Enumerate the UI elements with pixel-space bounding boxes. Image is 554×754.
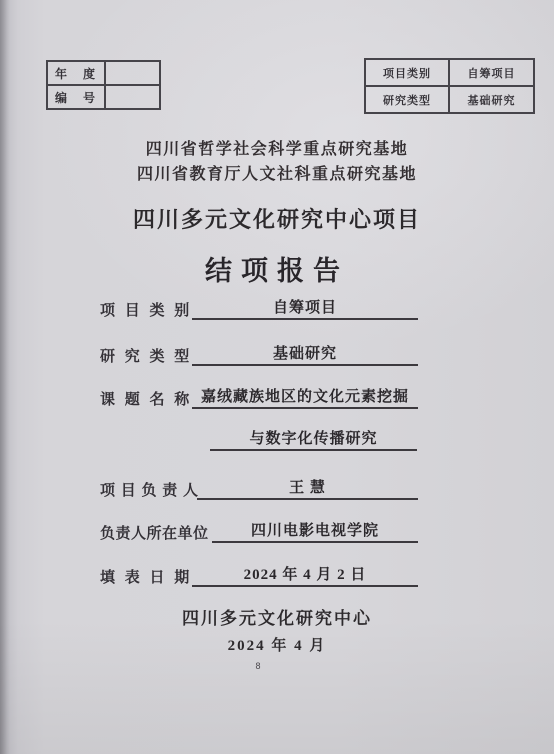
field-label: 填 表 日 期: [100, 566, 192, 587]
form-row-project-title: 课 题 名 称 嘉绒藏族地区的文化元素挖掘: [100, 385, 418, 409]
field-label: 项 目 负 责 人: [100, 479, 197, 500]
field-value-underlined: 四川电影电视学院: [212, 519, 418, 543]
form-row-research-type: 研 究 类 型 基础研究: [100, 342, 418, 366]
number-label-cell: 编 号: [47, 85, 105, 109]
year-label-cell: 年 度: [47, 61, 105, 85]
form-row-project-title-continued: 与数字化传播研究: [210, 427, 417, 451]
field-value-underlined: 2024 年 4 月 2 日: [192, 563, 418, 587]
institution-header-line1: 四川省哲学社会科学重点研究基地: [0, 136, 554, 159]
field-label: 项 目 类 别: [100, 299, 192, 320]
field-value-underlined: 嘉绒藏族地区的文化元素挖掘: [192, 385, 418, 409]
category-type-table: 项目类别 自筹项目 研究类型 基础研究: [364, 58, 535, 114]
table-row: 年 度: [47, 61, 160, 85]
number-value-cell: [105, 85, 160, 109]
footer-organization: 四川多元文化研究中心: [0, 604, 554, 629]
report-title: 结项报告: [0, 249, 554, 288]
table-row: 项目类别 自筹项目: [365, 59, 534, 86]
year-value-cell: [105, 61, 160, 85]
project-center-title: 四川多元文化研究中心项目: [0, 203, 554, 234]
field-value-underlined: 自筹项目: [192, 296, 418, 320]
field-value-underlined: 王 慧: [197, 476, 418, 500]
table-row: 编 号: [47, 85, 160, 109]
form-row-fill-date: 填 表 日 期 2024 年 4 月 2 日: [100, 563, 418, 587]
form-row-leader-affiliation: 负责人所在单位 四川电影电视学院: [100, 519, 418, 543]
scanned-report-cover-page: { "corner_tables": { "left": { "rows": […: [0, 0, 554, 754]
field-value-underlined: 基础研究: [192, 342, 418, 366]
footer-date: 2024 年 4 月: [0, 634, 554, 655]
field-label: 课 题 名 称: [100, 388, 192, 409]
form-row-project-category: 项 目 类 别 自筹项目: [100, 296, 418, 320]
table-row: 研究类型 基础研究: [365, 86, 534, 113]
year-number-table: 年 度 编 号: [46, 60, 161, 110]
field-value-underlined: 与数字化传播研究: [210, 427, 417, 451]
page-number: 8: [250, 661, 266, 671]
field-label: 负责人所在单位: [100, 522, 212, 543]
research-type-label-cell: 研究类型: [365, 86, 449, 113]
project-category-value-cell: 自筹项目: [449, 59, 534, 86]
project-category-label-cell: 项目类别: [365, 59, 449, 86]
form-row-project-leader: 项 目 负 责 人 王 慧: [100, 476, 418, 500]
field-label: 研 究 类 型: [100, 345, 192, 366]
research-type-value-cell: 基础研究: [449, 86, 534, 113]
institution-header-line2: 四川省教育厅人文社科重点研究基地: [0, 161, 554, 184]
